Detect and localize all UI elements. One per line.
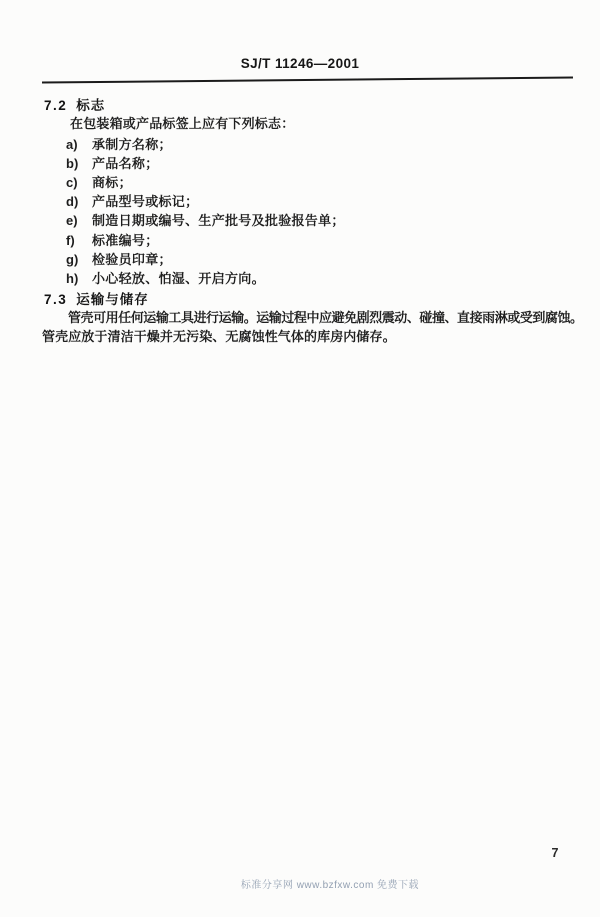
section-7-2-intro: 在包装箱或产品标签上应有下列标志： [70, 113, 294, 132]
list-item-text: 小心轻放、怕湿、开启方向。 [92, 271, 265, 286]
list-item-h: h)小心轻放、怕湿、开启方向。 [66, 268, 265, 287]
list-item-text: 产品型号或标记； [92, 194, 198, 209]
list-marker: c) [66, 175, 92, 190]
standard-number-header: SJ/T 11246—2001 [0, 56, 600, 71]
list-item-text: 承制方名称； [92, 137, 172, 152]
section-number: 7.2 [44, 98, 67, 113]
list-marker: g) [66, 252, 92, 267]
page-number: 7 [540, 846, 570, 860]
list-item-text: 标准编号； [92, 233, 159, 248]
section-title: 标志 [76, 98, 105, 113]
document-page: SJ/T 11246—2001 7.2标志 在包装箱或产品标签上应有下列标志： … [0, 0, 600, 917]
list-marker: e) [66, 213, 92, 228]
list-marker: b) [66, 156, 92, 171]
list-marker: a) [66, 137, 92, 152]
list-item-c: c)商标； [66, 172, 132, 191]
header-rule [42, 76, 573, 83]
list-item-text: 检验员印章； [92, 252, 172, 267]
watermark-text: 标准分享网 www.bzfxw.com 免费下载 [30, 876, 600, 891]
list-item-e: e)制造日期或编号、生产批号及批验报告单； [66, 210, 345, 229]
list-item-b: b)产品名称； [66, 153, 159, 172]
list-marker: d) [66, 194, 92, 209]
list-item-text: 制造日期或编号、生产批号及批验报告单； [92, 213, 345, 228]
list-marker: h) [66, 271, 92, 286]
list-item-g: g)检验员印章； [66, 249, 172, 268]
section-7-3-heading: 7.3运输与储存 [44, 288, 149, 308]
list-marker: f) [66, 233, 92, 248]
section-title: 运输与储存 [76, 292, 149, 307]
list-item-a: a)承制方名称； [66, 134, 172, 153]
list-item-text: 商标； [92, 175, 132, 190]
section-7-3-paragraph-line-2: 管壳应放于清洁干燥并无污染、无腐蚀性气体的库房内储存。 [42, 326, 396, 345]
list-item-text: 产品名称； [92, 156, 159, 171]
section-number: 7.3 [44, 292, 67, 307]
list-item-d: d)产品型号或标记； [66, 191, 198, 210]
section-7-3-paragraph-line-1: 管壳可用任何运输工具进行运输。运输过程中应避免剧烈震动、碰撞、直接雨淋或受到腐蚀… [68, 307, 583, 326]
list-item-f: f)标准编号； [66, 230, 159, 249]
section-7-2-heading: 7.2标志 [44, 94, 105, 114]
